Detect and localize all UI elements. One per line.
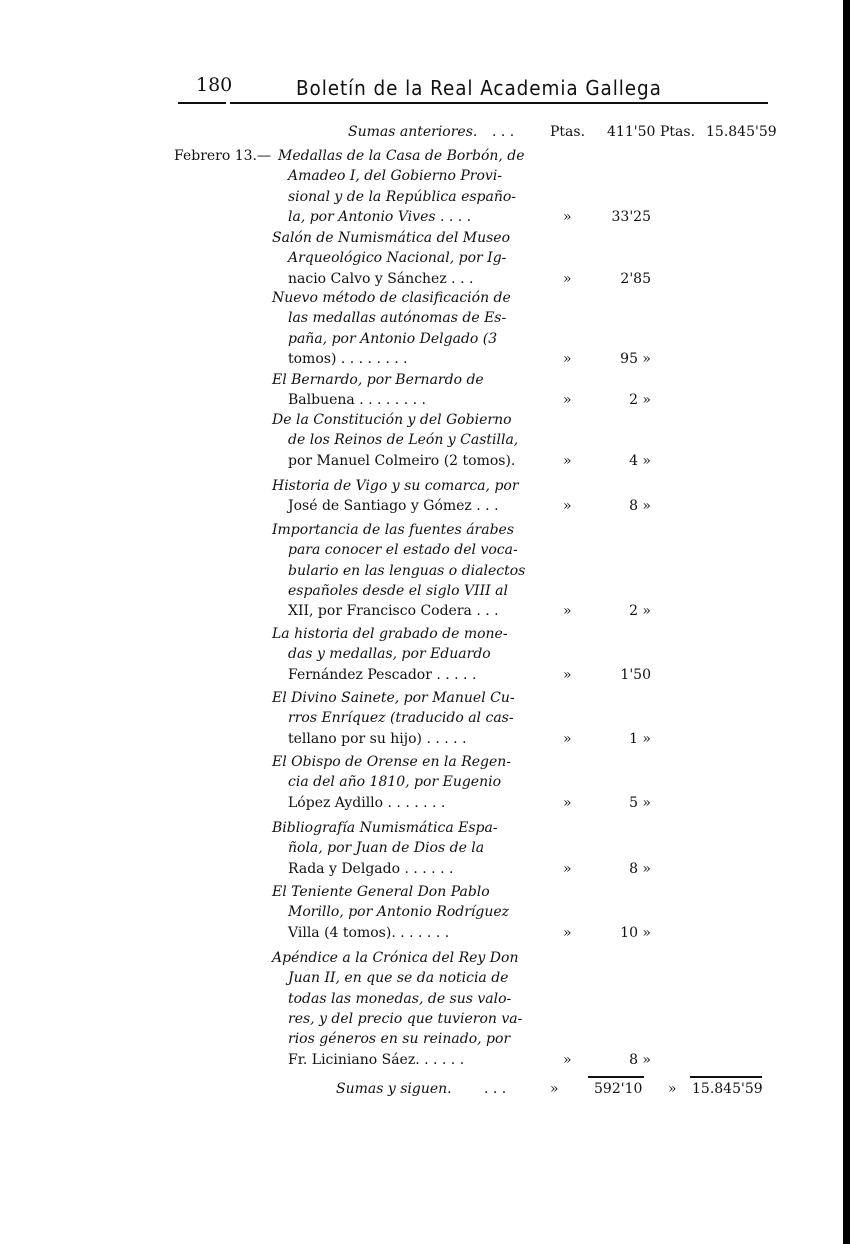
entry-line: Balbuena . . . . . . . . bbox=[288, 390, 426, 411]
entry-amount: 8 » bbox=[560, 496, 651, 517]
page-number: 180 bbox=[196, 74, 232, 96]
currency-label: Ptas. bbox=[550, 122, 585, 143]
page-header: 180 Boletín de la Real Academia Gallega bbox=[178, 74, 770, 104]
entry-line: bulario en las lenguas o dialectos bbox=[288, 561, 525, 582]
carried-forward-label: Sumas anteriores. bbox=[348, 122, 477, 143]
entry-line: tomos) . . . . . . . . bbox=[288, 349, 408, 370]
entry-amount: 4 » bbox=[560, 451, 651, 472]
entry-line: Medallas de la Casa de Borbón, de bbox=[278, 146, 525, 167]
entry-amount: 1'50 bbox=[560, 665, 651, 686]
entry-line: El Divino Sainete, por Manuel Cu- bbox=[272, 688, 515, 709]
header-rule bbox=[230, 102, 768, 104]
entry-amount: 5 » bbox=[560, 793, 651, 814]
entry-line: las medallas autónomas de Es- bbox=[288, 308, 506, 329]
entry-amount: 95 » bbox=[560, 349, 651, 370]
entry-line: Apéndice a la Crónica del Rey Don bbox=[272, 948, 518, 969]
entry-line: XII, por Francisco Codera . . . bbox=[288, 601, 499, 622]
entry-amount: 2 » bbox=[560, 601, 651, 622]
entry-line: El Teniente General Don Pablo bbox=[272, 882, 490, 903]
entry-line: españoles desde el siglo VIII al bbox=[288, 581, 508, 602]
entry-line: para conocer el estado del voca- bbox=[288, 540, 518, 561]
entry-line: La historia del grabado de mone- bbox=[272, 624, 508, 645]
entry-line: rros Enríquez (traducido al cas- bbox=[288, 708, 514, 729]
entry-amount: 10 » bbox=[560, 923, 651, 944]
entry-line: ñola, por Juan de Dios de la bbox=[288, 838, 484, 859]
currency-label: Ptas. bbox=[660, 122, 695, 143]
entry-amount: 8 » bbox=[560, 1050, 651, 1071]
entry-line: todas las monedas, de sus valo- bbox=[288, 989, 511, 1010]
entry-amount: 33'25 bbox=[560, 207, 651, 228]
entry-line: das y medallas, por Eduardo bbox=[288, 644, 491, 665]
entry-line: De la Constitución y del Gobierno bbox=[272, 410, 512, 431]
sum-rule bbox=[690, 1076, 762, 1078]
total-amount-1: 592'10 bbox=[594, 1079, 642, 1100]
entry-line: cia del año 1810, por Eugenio bbox=[288, 772, 501, 793]
entry-line: Importancia de las fuentes árabes bbox=[272, 520, 514, 541]
entry-line: Rada y Delgado . . . . . . bbox=[288, 859, 453, 880]
entry-line: tellano por su hijo) . . . . . bbox=[288, 729, 467, 750]
entry-line: Fernández Pescador . . . . . bbox=[288, 665, 476, 686]
entry-line: El Obispo de Orense en la Regen- bbox=[272, 752, 511, 773]
entry-line: José de Santiago y Gómez . . . bbox=[288, 496, 499, 517]
entry-line: El Bernardo, por Bernardo de bbox=[272, 370, 484, 391]
entry-line: la, por Antonio Vives . . . . bbox=[288, 207, 471, 228]
entry-line: Morillo, por Antonio Rodríguez bbox=[288, 902, 509, 923]
entry-line: Salón de Numismática del Museo bbox=[272, 228, 510, 249]
carried-amount-2: 15.845'59 bbox=[706, 122, 777, 143]
date-label: Febrero 13.— bbox=[174, 146, 271, 167]
entry-line: res, y del precio que tuvieron va- bbox=[288, 1009, 522, 1030]
carried-amount-1: 411'50 bbox=[607, 122, 655, 143]
entry-line: Arqueológico Nacional, por Ig- bbox=[288, 248, 506, 269]
entry-line: Villa (4 tomos). . . . . . . bbox=[288, 923, 449, 944]
entry-amount: 2 » bbox=[560, 390, 651, 411]
entry-line: rios géneros en su reinado, por bbox=[288, 1029, 510, 1050]
entry-line: López Aydillo . . . . . . . bbox=[288, 793, 445, 814]
entry-line: nacio Calvo y Sánchez . . . bbox=[288, 269, 473, 290]
entry-amount: 1 » bbox=[560, 729, 651, 750]
entry-line: Historia de Vigo y su comarca, por bbox=[272, 476, 519, 497]
entry-line: Fr. Liciniano Sáez. . . . . . bbox=[288, 1050, 464, 1071]
entry-line: Bibliografía Numismática Espa- bbox=[272, 818, 498, 839]
entry-line: por Manuel Colmeiro (2 tomos). bbox=[288, 451, 515, 472]
totals-label: Sumas y siguen. bbox=[336, 1079, 452, 1100]
sum-rule bbox=[588, 1076, 644, 1078]
entry-amount: 2'85 bbox=[560, 269, 651, 290]
entry-amount: 8 » bbox=[560, 859, 651, 880]
entry-line: Juan II, en que se da noticia de bbox=[288, 968, 508, 989]
entry-line: Amadeo I, del Gobierno Provi- bbox=[288, 166, 502, 187]
entry-line: de los Reinos de León y Castilla, bbox=[288, 430, 518, 451]
entry-line: sional y de la República españo- bbox=[288, 187, 516, 208]
header-rule bbox=[178, 102, 226, 104]
entry-line: Nuevo método de clasificación de bbox=[272, 288, 511, 309]
scan-edge-bar bbox=[843, 0, 850, 1244]
running-title: Boletín de la Real Academia Gallega bbox=[296, 76, 662, 100]
total-amount-2: 15.845'59 bbox=[692, 1079, 763, 1100]
entry-line: paña, por Antonio Delgado (3 bbox=[288, 329, 497, 350]
